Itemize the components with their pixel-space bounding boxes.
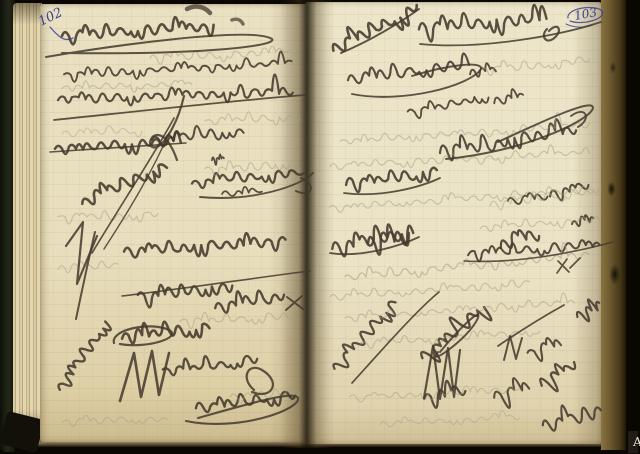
ink-stroke — [440, 119, 576, 160]
ink-stroke — [352, 65, 481, 97]
ink-stroke — [215, 291, 284, 313]
ink-stroke — [498, 305, 564, 346]
ink-stroke — [577, 299, 599, 321]
ink-stroke — [345, 293, 575, 322]
ink-stroke — [192, 170, 304, 188]
ink-stroke — [419, 5, 547, 42]
ink-stroke — [494, 89, 523, 104]
ink-stroke — [163, 356, 257, 375]
ink-stroke — [205, 112, 300, 125]
ink-stroke — [124, 233, 286, 257]
ink-stroke — [46, 35, 272, 57]
ink-stroke — [58, 211, 158, 224]
ink-stroke — [501, 230, 539, 248]
ink-stroke — [82, 164, 167, 204]
ink-stroke — [508, 193, 548, 204]
ink-stroke — [352, 292, 439, 383]
ink-stroke — [180, 312, 295, 328]
ink-stroke — [333, 5, 417, 51]
ink-stroke — [62, 415, 167, 426]
ink-stroke — [424, 381, 465, 408]
ink-stroke — [346, 168, 437, 192]
ink-stroke — [120, 351, 169, 401]
ink-stroke — [480, 216, 600, 231]
open-book-photo: 102 103 Αγιορειτική Φωτοθήκη — [0, 0, 640, 454]
left-page-number: 102 — [36, 5, 65, 29]
ink-stroke — [212, 154, 224, 164]
ink-stroke — [58, 75, 293, 106]
ink-stroke — [62, 80, 192, 92]
ink-stroke — [333, 302, 395, 369]
ink-stroke — [528, 338, 562, 361]
ink-stroke — [330, 280, 529, 300]
ink-stroke — [348, 54, 469, 84]
ink-stroke — [232, 19, 243, 24]
ink-stroke — [205, 161, 290, 176]
ink-stroke — [540, 362, 575, 391]
ink-stroke — [543, 406, 601, 431]
ink-stroke — [480, 57, 589, 76]
ink-stroke — [62, 17, 214, 44]
ink-stroke — [122, 271, 310, 296]
ink-stroke — [200, 173, 313, 198]
ink-stroke — [62, 126, 142, 137]
ink-stroke — [247, 368, 273, 394]
ink-stroke — [59, 322, 111, 390]
ink-stroke — [187, 6, 210, 13]
watermark: Αγιορειτική Φωτοθήκη — [628, 431, 638, 453]
ink-stroke — [380, 411, 520, 427]
ink-stroke — [572, 215, 593, 226]
ink-stroke — [544, 27, 559, 41]
watermark-text: Αγιορειτική Φωτοθήκη — [633, 434, 640, 449]
ink-stroke — [296, 178, 311, 193]
ink-stroke — [330, 186, 595, 212]
ink-stroke — [104, 133, 169, 249]
handwriting-layer: 102 103 — [0, 0, 640, 454]
ink-stroke — [494, 378, 529, 408]
ink-stroke — [408, 97, 489, 118]
ink-stroke — [557, 258, 580, 273]
ink-stroke — [286, 296, 303, 310]
